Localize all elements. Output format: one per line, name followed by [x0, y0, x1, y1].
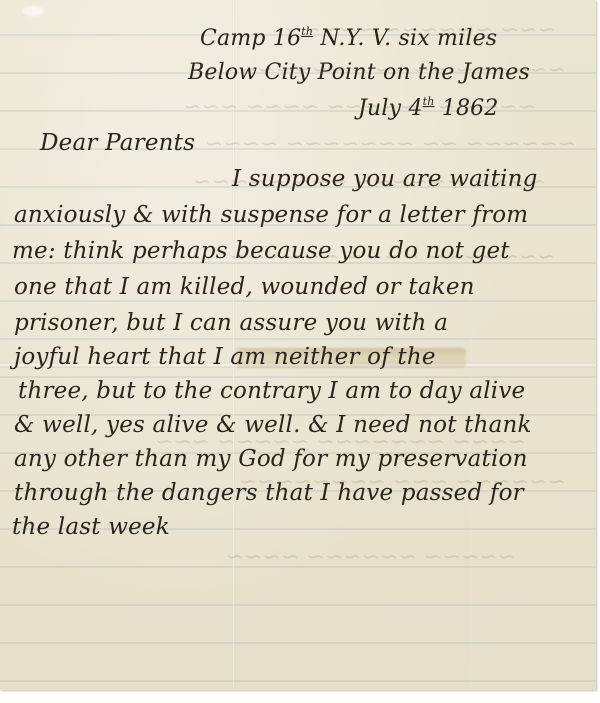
letter-page-lower	[0, 0, 596, 690]
